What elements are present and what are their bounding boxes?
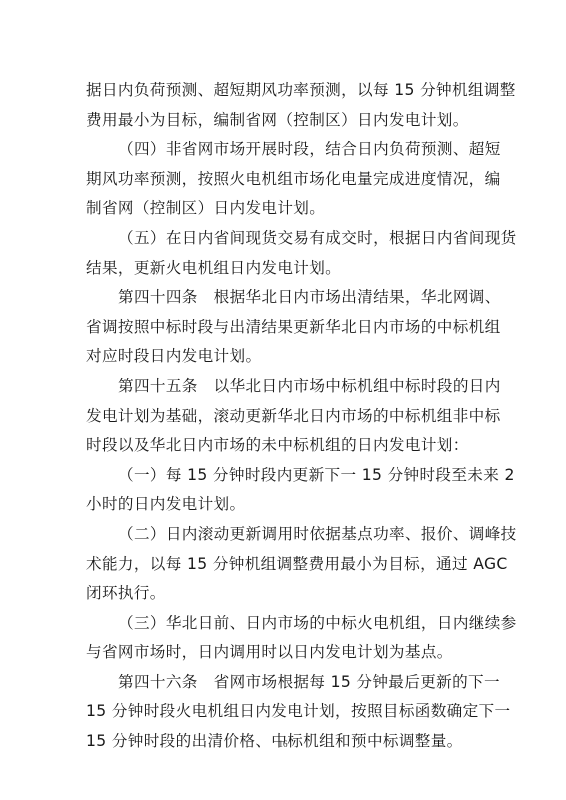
- text-line: 期风功率预测，按照火电机组市场化电量完成进度情况，编: [86, 165, 482, 195]
- text-line: 第四十五条 以华北日内市场中标机组中标时段的日内: [86, 372, 482, 402]
- page-number: 16: [0, 739, 566, 749]
- body-text: 据日内负荷预测、超短期风功率预测，以每 15 分钟机组调整费用最小为目标，编制省…: [86, 76, 482, 757]
- text-line: 发电计划为基础，滚动更新华北日内市场的中标机组非中标: [86, 402, 482, 432]
- text-line: 时段以及华北日内市场的未中标机组的日内发电计划：: [86, 431, 482, 461]
- text-line: 15 分钟时段火电机组日内发电计划，按照目标函数确定下一: [86, 697, 482, 727]
- text-line: （一）每 15 分钟时段内更新下一 15 分钟时段至未来 2: [86, 461, 482, 491]
- text-line: 费用最小为目标，编制省网（控制区）日内发电计划。: [86, 106, 482, 136]
- document-page: 据日内负荷预测、超短期风功率预测，以每 15 分钟机组调整费用最小为目标，编制省…: [0, 0, 566, 800]
- text-line: 闭环执行。: [86, 579, 482, 609]
- text-line: 据日内负荷预测、超短期风功率预测，以每 15 分钟机组调整: [86, 76, 482, 106]
- text-line: （四）非省网市场开展时段，结合日内负荷预测、超短: [86, 135, 482, 165]
- text-line: （五）在日内省间现货交易有成交时，根据日内省间现货: [86, 224, 482, 254]
- text-line: 对应时段日内发电计划。: [86, 342, 482, 372]
- text-line: （三）华北日前、日内市场的中标火电机组，日内继续参: [86, 609, 482, 639]
- text-line: （二）日内滚动更新调用时依据基点功率、报价、调峰技: [86, 520, 482, 550]
- text-line: 第四十六条 省网市场根据每 15 分钟最后更新的下一: [86, 668, 482, 698]
- text-line: 结果，更新火电机组日内发电计划。: [86, 254, 482, 284]
- text-line: 小时的日内发电计划。: [86, 490, 482, 520]
- text-line: 术能力，以每 15 分钟机组调整费用最小为目标，通过 AGC: [86, 550, 482, 580]
- text-line: 与省网市场时，日内调用时以日内发电计划为基点。: [86, 638, 482, 668]
- text-line: 省调按照中标时段与出清结果更新华北日内市场的中标机组: [86, 313, 482, 343]
- text-line: 制省网（控制区）日内发电计划。: [86, 194, 482, 224]
- text-line: 第四十四条 根据华北日内市场出清结果，华北网调、: [86, 283, 482, 313]
